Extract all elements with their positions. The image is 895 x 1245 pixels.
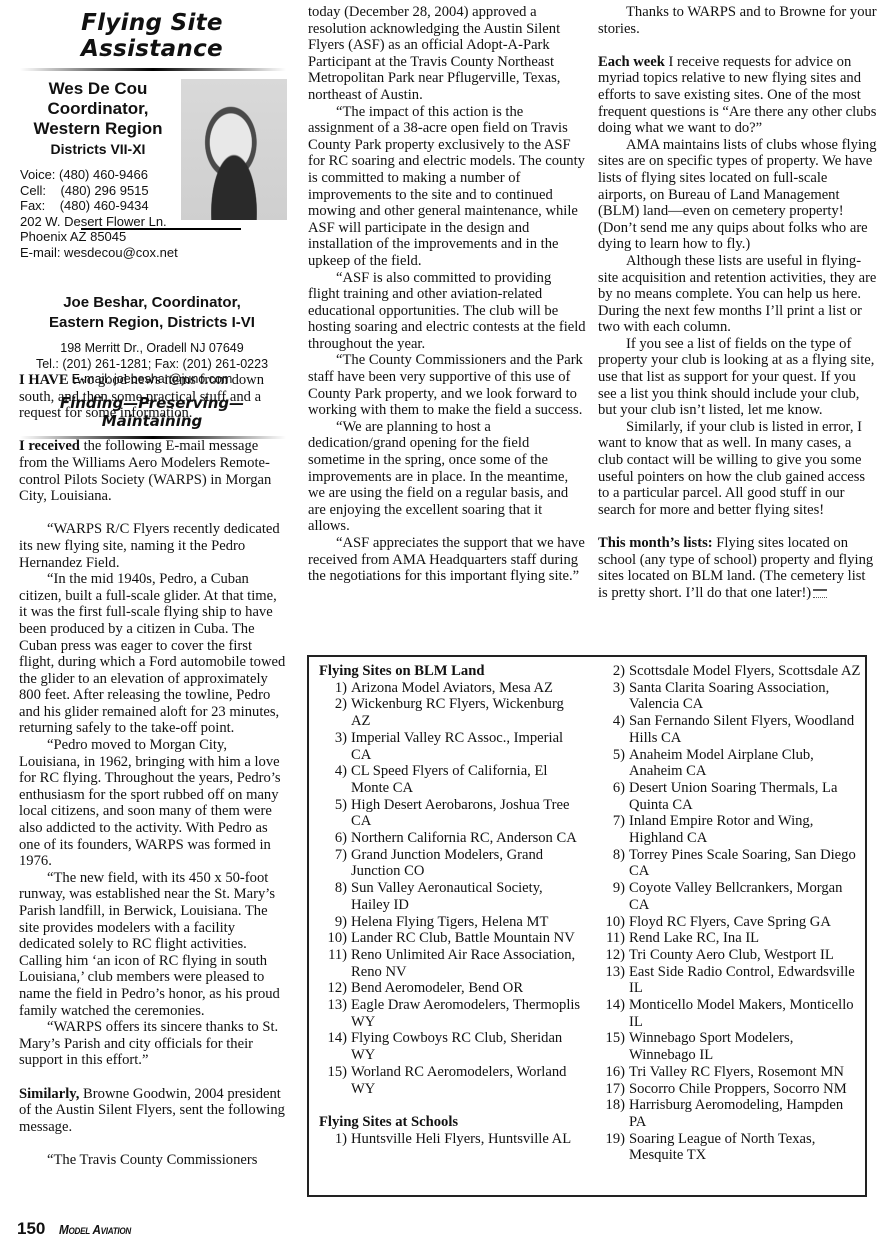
list-item: 9)Coyote Valley Bellcrankers, Morgan CA — [597, 880, 862, 913]
western-coordinator-name: Wes De Cou Coordinator, Western Region D… — [18, 79, 178, 159]
quote-paragraph: “The new field, with its 450 x 50-foot r… — [19, 870, 287, 1019]
list-item: 5)Anaheim Model Airplane Club, Anaheim C… — [597, 747, 862, 780]
quote-paragraph: “Pedro moved to Morgan City, Louisiana, … — [19, 737, 287, 870]
blm-list: 1)Arizona Model Aviators, Mesa AZ2)Wicke… — [319, 680, 584, 1098]
list-item-number: 1) — [319, 1131, 351, 1148]
end-of-article-icon — [813, 589, 827, 598]
article-column-3: Thanks to WARPS and to Browne for your s… — [598, 4, 878, 601]
list-item-club: Soaring League of North Texas, Mesquite … — [629, 1131, 862, 1164]
list-item-number: 7) — [319, 847, 351, 880]
list-item-number: 13) — [597, 964, 629, 997]
list-item: 12)Bend Aeromodeler, Bend OR — [319, 980, 584, 997]
list-item: 5)High Desert Aerobarons, Joshua Tree CA — [319, 797, 584, 830]
list-item-number: 12) — [319, 980, 351, 997]
list-item: 16)Tri Valley RC Flyers, Rosemont MN — [597, 1064, 862, 1081]
list-item-number: 10) — [597, 914, 629, 931]
list-item-number: 14) — [597, 997, 629, 1030]
list-item-number: 9) — [597, 880, 629, 913]
list-item: 2)Wickenburg RC Flyers, Wickenburg AZ — [319, 696, 584, 729]
list-item-number: 3) — [319, 730, 351, 763]
list-item-club: Desert Union Soaring Thermals, La Quinta… — [629, 780, 862, 813]
list-item: 8)Torrey Pines Scale Soaring, San Diego … — [597, 847, 862, 880]
list-item-number: 7) — [597, 813, 629, 846]
list-item-number: 17) — [597, 1081, 629, 1098]
list-item-club: Inland Empire Rotor and Wing, Highland C… — [629, 813, 862, 846]
list-item-club: Helena Flying Tigers, Helena MT — [351, 914, 584, 931]
article-column-2: today (December 28, 2004) approved a res… — [308, 4, 586, 585]
coordinator-divider — [81, 228, 241, 230]
paragraph: Although these lists are useful in flyin… — [598, 253, 878, 336]
quote-paragraph: “ASF appreciates the support that we hav… — [308, 535, 586, 585]
list-item: 13)East Side Radio Control, Edwardsville… — [597, 964, 862, 997]
list-item-number: 3) — [597, 680, 629, 713]
list-item-number: 6) — [597, 780, 629, 813]
list-heading-schools: Flying Sites at Schools — [319, 1114, 584, 1131]
list-item-club: High Desert Aerobarons, Joshua Tree CA — [351, 797, 584, 830]
list-item-number: 2) — [319, 696, 351, 729]
lists-left-column: Flying Sites on BLM Land 1)Arizona Model… — [319, 663, 584, 1147]
list-item: 4)CL Speed Flyers of California, El Mont… — [319, 763, 584, 796]
schools-list-part-1: 1)Huntsville Heli Flyers, Huntsville AL — [319, 1131, 584, 1148]
list-item-club: Torrey Pines Scale Soaring, San Diego CA — [629, 847, 862, 880]
paragraph: Thanks to WARPS and to Browne for your s… — [598, 4, 878, 37]
list-item: 1)Huntsville Heli Flyers, Huntsville AL — [319, 1131, 584, 1148]
list-item-club: Huntsville Heli Flyers, Huntsville AL — [351, 1131, 584, 1148]
list-item-club: Tri Valley RC Flyers, Rosemont MN — [629, 1064, 862, 1081]
list-item-number: 4) — [319, 763, 351, 796]
list-item-club: Northern California RC, Anderson CA — [351, 830, 584, 847]
list-item: 9)Helena Flying Tigers, Helena MT — [319, 914, 584, 931]
list-item-number: 16) — [597, 1064, 629, 1081]
list-item-club: Worland RC Aeromodelers, Worland WY — [351, 1064, 584, 1097]
list-item: 14)Monticello Model Makers, Monticello I… — [597, 997, 862, 1030]
list-item-club: Harrisburg Aeromodeling, Hampden PA — [629, 1097, 862, 1130]
eastern-coordinator-name: Joe Beshar, Coordinator, Eastern Region,… — [18, 293, 286, 333]
list-item-number: 12) — [597, 947, 629, 964]
list-item-number: 13) — [319, 997, 351, 1030]
list-item-club: Reno Unlimited Air Race Association, Ren… — [351, 947, 584, 980]
paragraph: I HAVE two good news items from down sou… — [19, 372, 287, 422]
list-item-club: Socorro Chile Proppers, Socorro NM — [629, 1081, 862, 1098]
list-item: 4)San Fernando Silent Flyers, Woodland H… — [597, 713, 862, 746]
western-contact-info: Voice: (480) 460-9466Cell: (480) 296 951… — [20, 167, 178, 261]
coordinator-photo — [181, 79, 287, 220]
list-item-club: Bend Aeromodeler, Bend OR — [351, 980, 584, 997]
western-email-link[interactable]: E-mail: wesdecou@cox.net — [20, 245, 178, 261]
list-item-club: Scottsdale Model Flyers, Scottsdale AZ — [629, 663, 862, 680]
list-item: 7)Grand Junction Modelers, Grand Junctio… — [319, 847, 584, 880]
list-item-club: Santa Clarita Soaring Association, Valen… — [629, 680, 862, 713]
list-item: 11)Rend Lake RC, Ina IL — [597, 930, 862, 947]
list-item: 3)Santa Clarita Soaring Association, Val… — [597, 680, 862, 713]
list-item-club: East Side Radio Control, Edwardsville IL — [629, 964, 862, 997]
list-item-number: 19) — [597, 1131, 629, 1164]
list-item: 13)Eagle Draw Aeromodelers, Thermoplis W… — [319, 997, 584, 1030]
list-item-club: Floyd RC Flyers, Cave Spring GA — [629, 914, 862, 931]
list-item-club: Flying Cowboys RC Club, Sheridan WY — [351, 1030, 584, 1063]
list-item-number: 8) — [597, 847, 629, 880]
list-item-club: CL Speed Flyers of California, El Monte … — [351, 763, 584, 796]
list-item-number: 6) — [319, 830, 351, 847]
list-item-number: 10) — [319, 930, 351, 947]
list-item: 7)Inland Empire Rotor and Wing, Highland… — [597, 813, 862, 846]
column-title: Flying Site Assistance — [18, 10, 286, 62]
page-footer: 150 Model Aviation — [17, 1219, 139, 1239]
list-item: 17)Socorro Chile Proppers, Socorro NM — [597, 1081, 862, 1098]
list-item: 15)Winnebago Sport Modelers, Winnebago I… — [597, 1030, 862, 1063]
list-item: 10)Lander RC Club, Battle Mountain NV — [319, 930, 584, 947]
paragraph: This month’s lists: Flying sites located… — [598, 535, 878, 601]
list-item-club: Sun Valley Aeronautical Society, Hailey … — [351, 880, 584, 913]
list-item-club: Grand Junction Modelers, Grand Junction … — [351, 847, 584, 880]
quote-paragraph: “The impact of this action is the assign… — [308, 104, 586, 270]
list-item-number: 8) — [319, 880, 351, 913]
page-number: 150 — [17, 1219, 45, 1239]
flying-sites-lists-box: Flying Sites on BLM Land 1)Arizona Model… — [307, 655, 867, 1197]
article-column-1: I HAVE two good news items from down sou… — [19, 372, 287, 1169]
list-item-club: Wickenburg RC Flyers, Wickenburg AZ — [351, 696, 584, 729]
list-item-club: Monticello Model Makers, Monticello IL — [629, 997, 862, 1030]
list-item-club: Tri County Aero Club, Westport IL — [629, 947, 862, 964]
list-heading-blm: Flying Sites on BLM Land — [319, 663, 584, 680]
list-item-club: Winnebago Sport Modelers, Winnebago IL — [629, 1030, 862, 1063]
western-coordinator-block: Wes De Cou Coordinator, Western Region D… — [18, 79, 286, 259]
paragraph: Similarly, if your club is listed in err… — [598, 419, 878, 519]
magazine-name: Model Aviation — [59, 1222, 131, 1237]
list-item-number: 5) — [319, 797, 351, 830]
list-item: 2)Scottsdale Model Flyers, Scottsdale AZ — [597, 663, 862, 680]
list-item: 6)Northern California RC, Anderson CA — [319, 830, 584, 847]
list-item: 10)Floyd RC Flyers, Cave Spring GA — [597, 914, 862, 931]
list-item: 19)Soaring League of North Texas, Mesqui… — [597, 1131, 862, 1164]
list-item-club: Coyote Valley Bellcrankers, Morgan CA — [629, 880, 862, 913]
list-item-club: Rend Lake RC, Ina IL — [629, 930, 862, 947]
title-divider — [20, 68, 286, 71]
list-item: 6)Desert Union Soaring Thermals, La Quin… — [597, 780, 862, 813]
list-item-club: San Fernando Silent Flyers, Woodland Hil… — [629, 713, 862, 746]
list-item-number: 1) — [319, 680, 351, 697]
list-item: 1)Arizona Model Aviators, Mesa AZ — [319, 680, 584, 697]
list-item-number: 4) — [597, 713, 629, 746]
list-item-number: 15) — [597, 1030, 629, 1063]
western-districts: Districts VII-XI — [18, 139, 178, 159]
paragraph: Each week I receive requests for advice … — [598, 54, 878, 137]
list-item-number: 11) — [597, 930, 629, 947]
quote-paragraph: “The Travis County Commissioners — [19, 1152, 287, 1169]
list-item-club: Eagle Draw Aeromodelers, Thermoplis WY — [351, 997, 584, 1030]
paragraph: Similarly, Browne Goodwin, 2004 presiden… — [19, 1086, 287, 1136]
quote-paragraph: “WARPS R/C Flyers recently dedicated its… — [19, 521, 287, 571]
list-item-club: Lander RC Club, Battle Mountain NV — [351, 930, 584, 947]
paragraph: today (December 28, 2004) approved a res… — [308, 4, 586, 104]
list-item-club: Arizona Model Aviators, Mesa AZ — [351, 680, 584, 697]
quote-paragraph: “ASF is also committed to providing flig… — [308, 270, 586, 353]
list-item: 8)Sun Valley Aeronautical Society, Haile… — [319, 880, 584, 913]
list-item: 14)Flying Cowboys RC Club, Sheridan WY — [319, 1030, 584, 1063]
list-item-number: 11) — [319, 947, 351, 980]
quote-paragraph: “In the mid 1940s, Pedro, a Cuban citize… — [19, 571, 287, 737]
quote-paragraph: “We are planning to host a dedication/gr… — [308, 419, 586, 535]
list-item-number: 9) — [319, 914, 351, 931]
list-item-number: 14) — [319, 1030, 351, 1063]
paragraph: If you see a list of fields on the type … — [598, 336, 878, 419]
list-item-club: Anaheim Model Airplane Club, Anaheim CA — [629, 747, 862, 780]
list-item: 15)Worland RC Aeromodelers, Worland WY — [319, 1064, 584, 1097]
list-item: 12)Tri County Aero Club, Westport IL — [597, 947, 862, 964]
list-item-number: 2) — [597, 663, 629, 680]
paragraph: I received the following E-mail message … — [19, 438, 287, 504]
quote-paragraph: “WARPS offers its sincere thanks to St. … — [19, 1019, 287, 1069]
paragraph: AMA maintains lists of clubs whose flyin… — [598, 137, 878, 253]
lists-right-column: 2)Scottsdale Model Flyers, Scottsdale AZ… — [597, 663, 862, 1164]
list-item: 18)Harrisburg Aeromodeling, Hampden PA — [597, 1097, 862, 1130]
list-item-number: 15) — [319, 1064, 351, 1097]
list-item-club: Imperial Valley RC Assoc., Imperial CA — [351, 730, 584, 763]
list-item: 3)Imperial Valley RC Assoc., Imperial CA — [319, 730, 584, 763]
list-item: 11)Reno Unlimited Air Race Association, … — [319, 947, 584, 980]
schools-list-part-2: 2)Scottsdale Model Flyers, Scottsdale AZ… — [597, 663, 862, 1164]
list-item-number: 5) — [597, 747, 629, 780]
quote-paragraph: “The County Commissioners and the Park s… — [308, 352, 586, 418]
list-item-number: 18) — [597, 1097, 629, 1130]
